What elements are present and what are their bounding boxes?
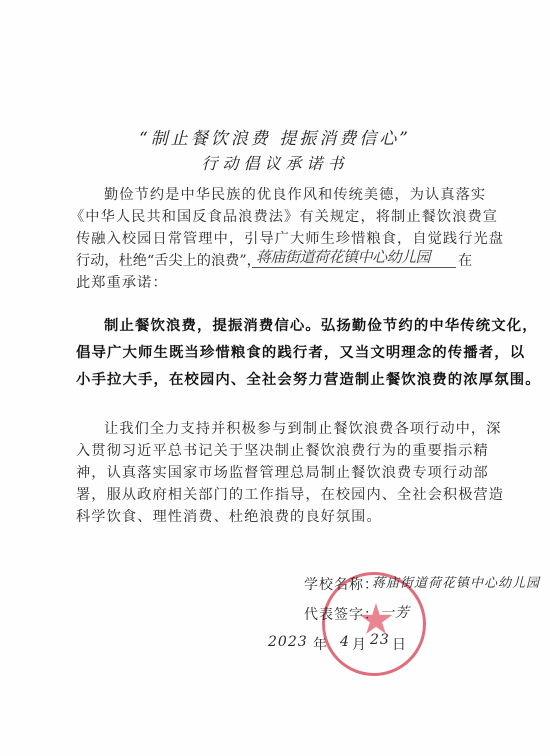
text-line: 勤俭节约是中华民族的优良作风和传统美德，为认真落实 [104,184,486,204]
text-line: 小手拉大手，在校园内、全社会努力营造制止餐饮浪费的浓厚氛围。 [76,368,541,389]
date-day: 23 [370,632,390,648]
document-title: “制止餐饮浪费 提振消费信心” [0,124,550,149]
school-name-underline [252,267,456,268]
document-page: “制止餐饮浪费 提振消费信心” 行动倡议承诺书 勤俭节约是中华民族的优良作风和传… [0,0,550,756]
school-name-value: 蒋庙街道荷花镇中心幼儿园 [372,572,540,591]
text-line: 神，认真落实国家市场监督管理总局制止餐饮浪费专项行动部 [76,462,489,482]
text-line: 倡导广大师生既当珍惜粮食的践行者，又当文明理念的传播者，以 [76,341,525,362]
school-name-handwritten: 蒋庙街道荷花镇中心幼儿园 [256,246,430,267]
representative-label: 代表签字： [304,604,379,624]
date-day-label: 日 [392,634,407,654]
text-line: 署，服从政府相关部门的工作指导，在校园内、全社会积极营造 [76,484,504,504]
text-line: 科学饮食、理性消费、杜绝浪费的良好氛围。 [76,506,382,526]
text-line: 传融入校园日常管理中，引导广大师生珍惜粮食，自觉践行光盘 [76,228,504,248]
representative-signature: 一芳 [380,602,410,622]
school-name-label: 学校名称： [304,574,379,594]
text-line: 入贯彻习近平总书记关于坚决制止餐饮浪费行为的重要指示精 [76,440,489,460]
text-line: 让我们全力支持并积极参与到制止餐饮浪费各项行动中，深 [104,418,501,438]
date-month-label: 月 [352,634,367,654]
date-year: 2023 [268,634,308,650]
text-line: 在 [458,250,473,270]
date-year-label: 年 [313,634,328,654]
text-line: 此郑重承诺： [76,272,168,292]
date-month: 4 [340,634,350,650]
text-line: 《中华人民共和国反食品浪费法》有关规定，将制止餐饮浪费宣 [70,206,498,226]
document-subtitle: 行动倡议承诺书 [0,151,550,174]
text-line: 制止餐饮浪费，提振消费信心。弘扬勤俭节约的中华传统文化， [104,314,538,335]
text-line: 行动，杜绝“舌尖上的浪费”， [76,250,261,270]
